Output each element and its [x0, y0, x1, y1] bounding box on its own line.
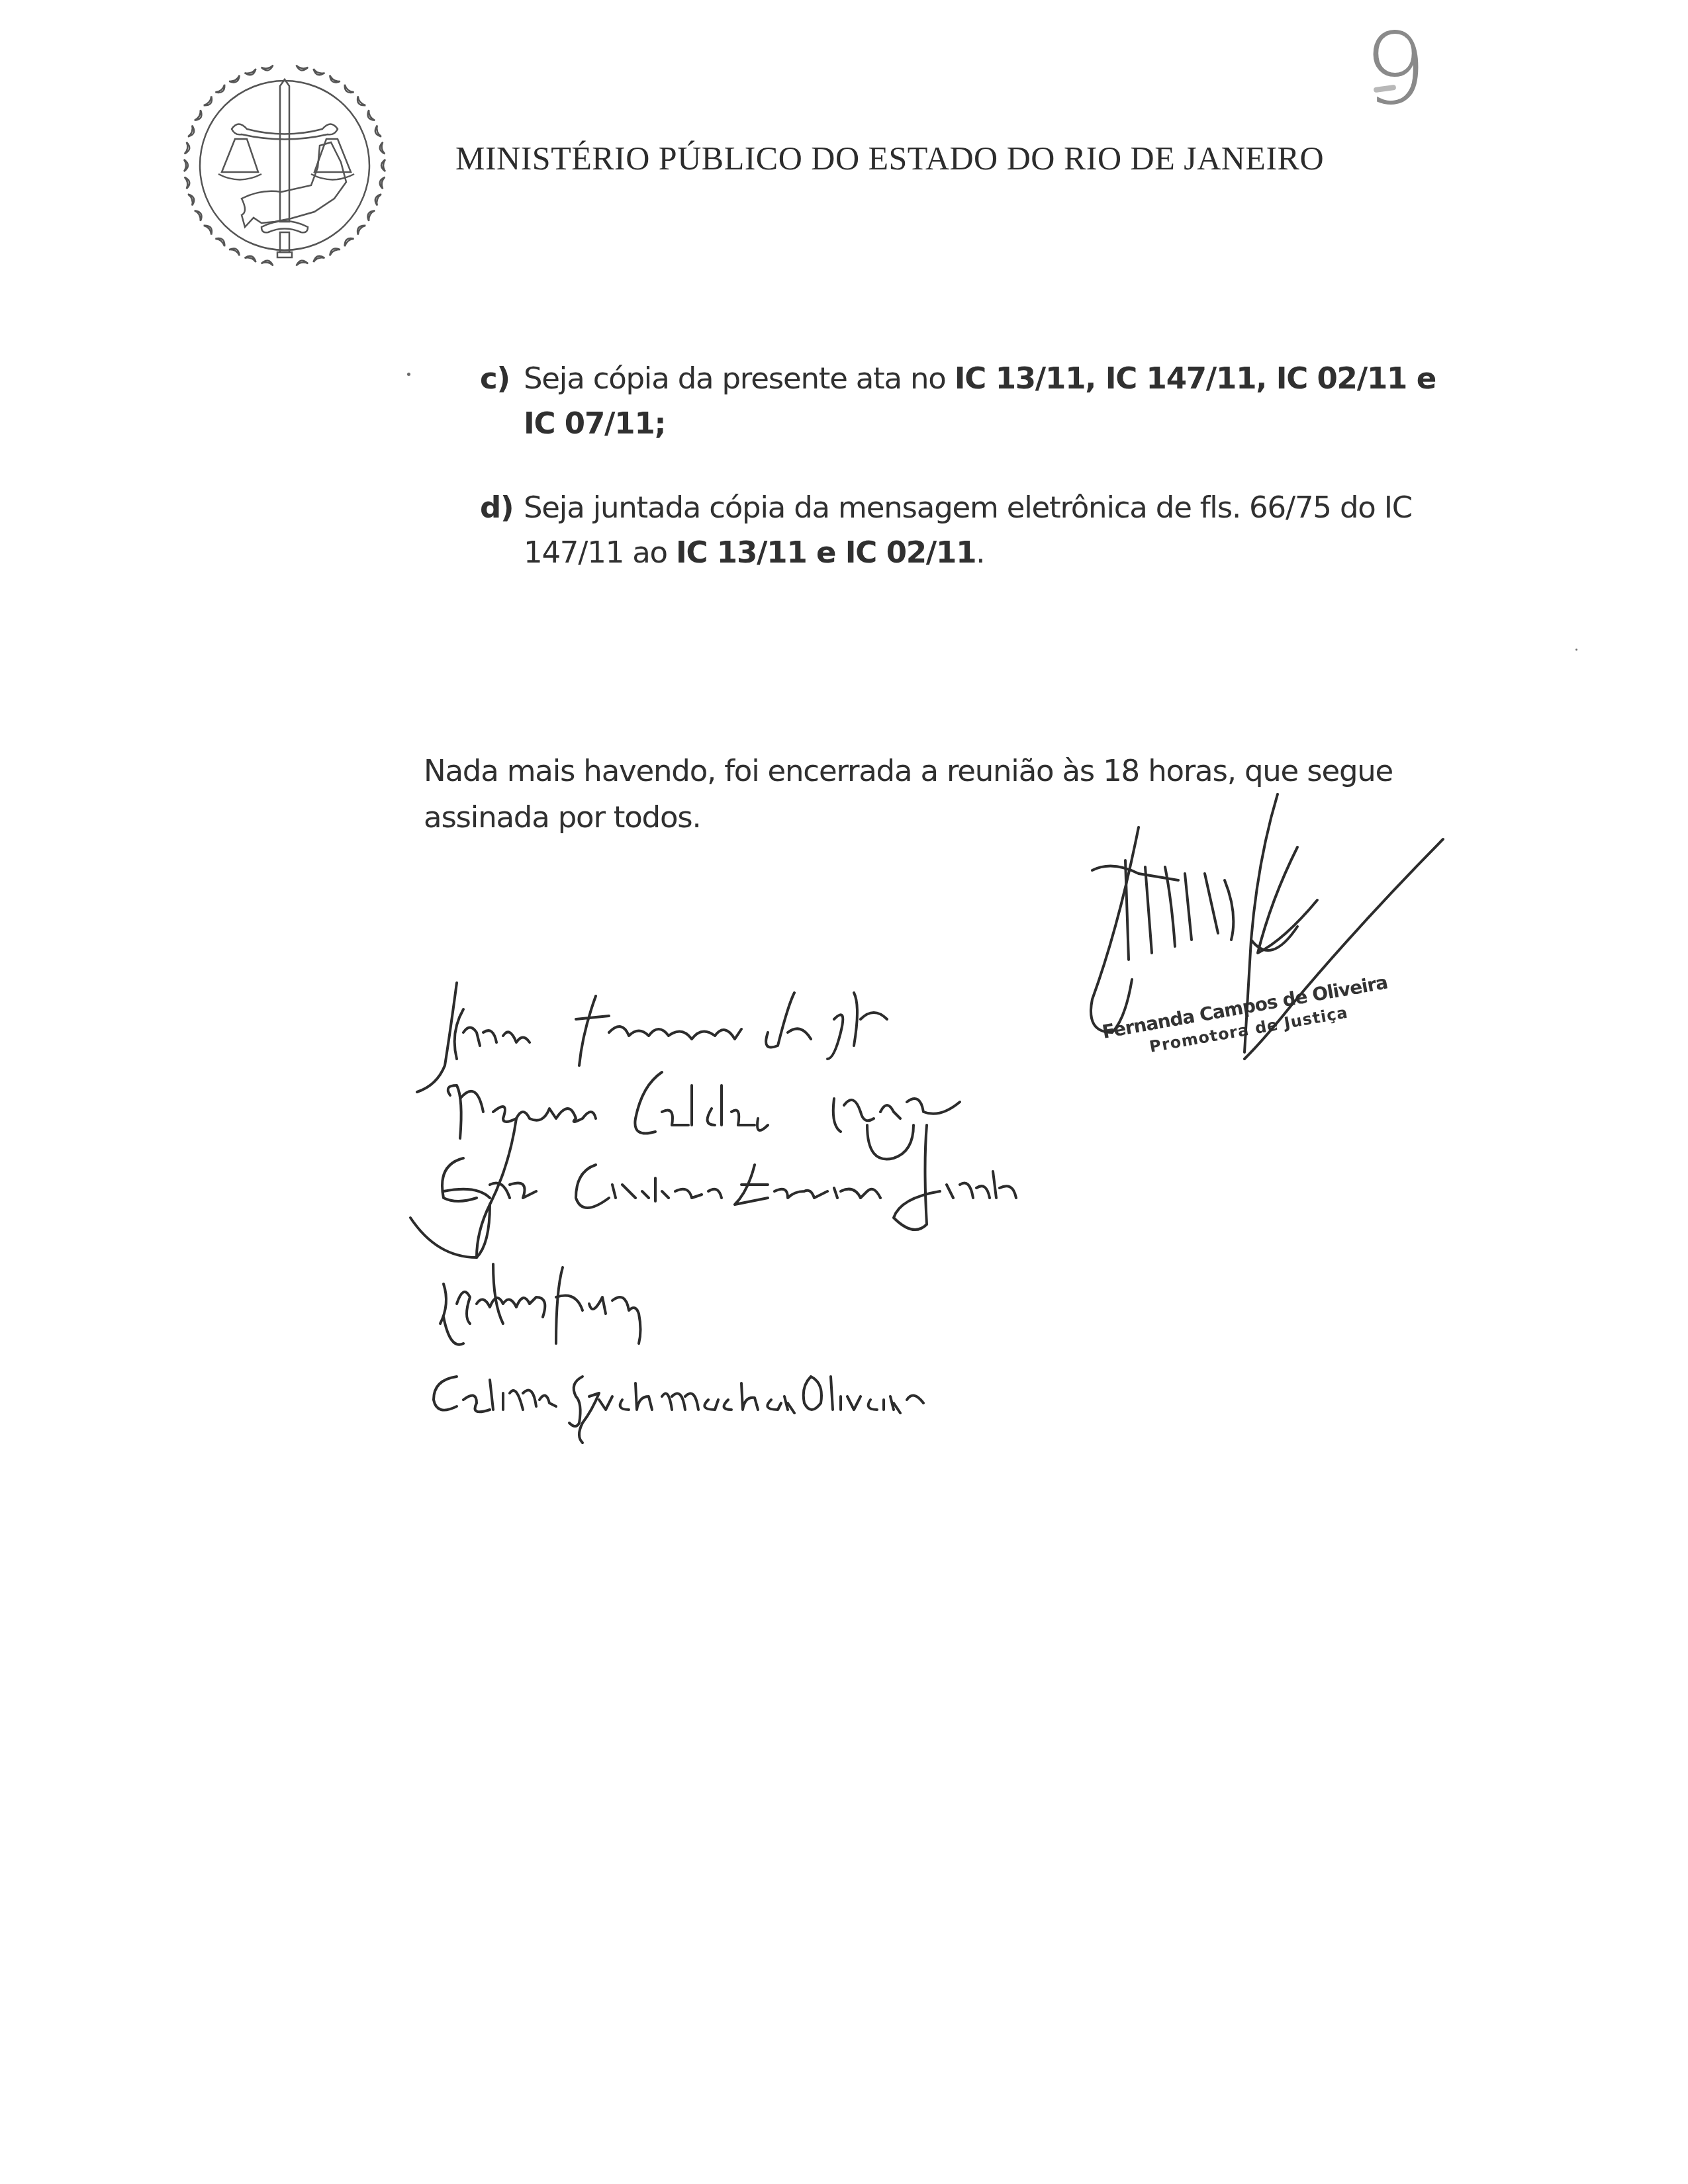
- signature-ana-cristina: [410, 1125, 1016, 1257]
- scan-speck: [407, 373, 410, 376]
- scan-speck: [1575, 649, 1577, 651]
- signatures-layer: [0, 0, 1688, 2184]
- signature-neuza: [448, 1072, 960, 1257]
- signature-celina: [434, 1377, 923, 1443]
- signature-fernanda: [1091, 794, 1443, 1059]
- signature-patricia: [440, 1264, 641, 1345]
- signature-miriam: [417, 983, 887, 1092]
